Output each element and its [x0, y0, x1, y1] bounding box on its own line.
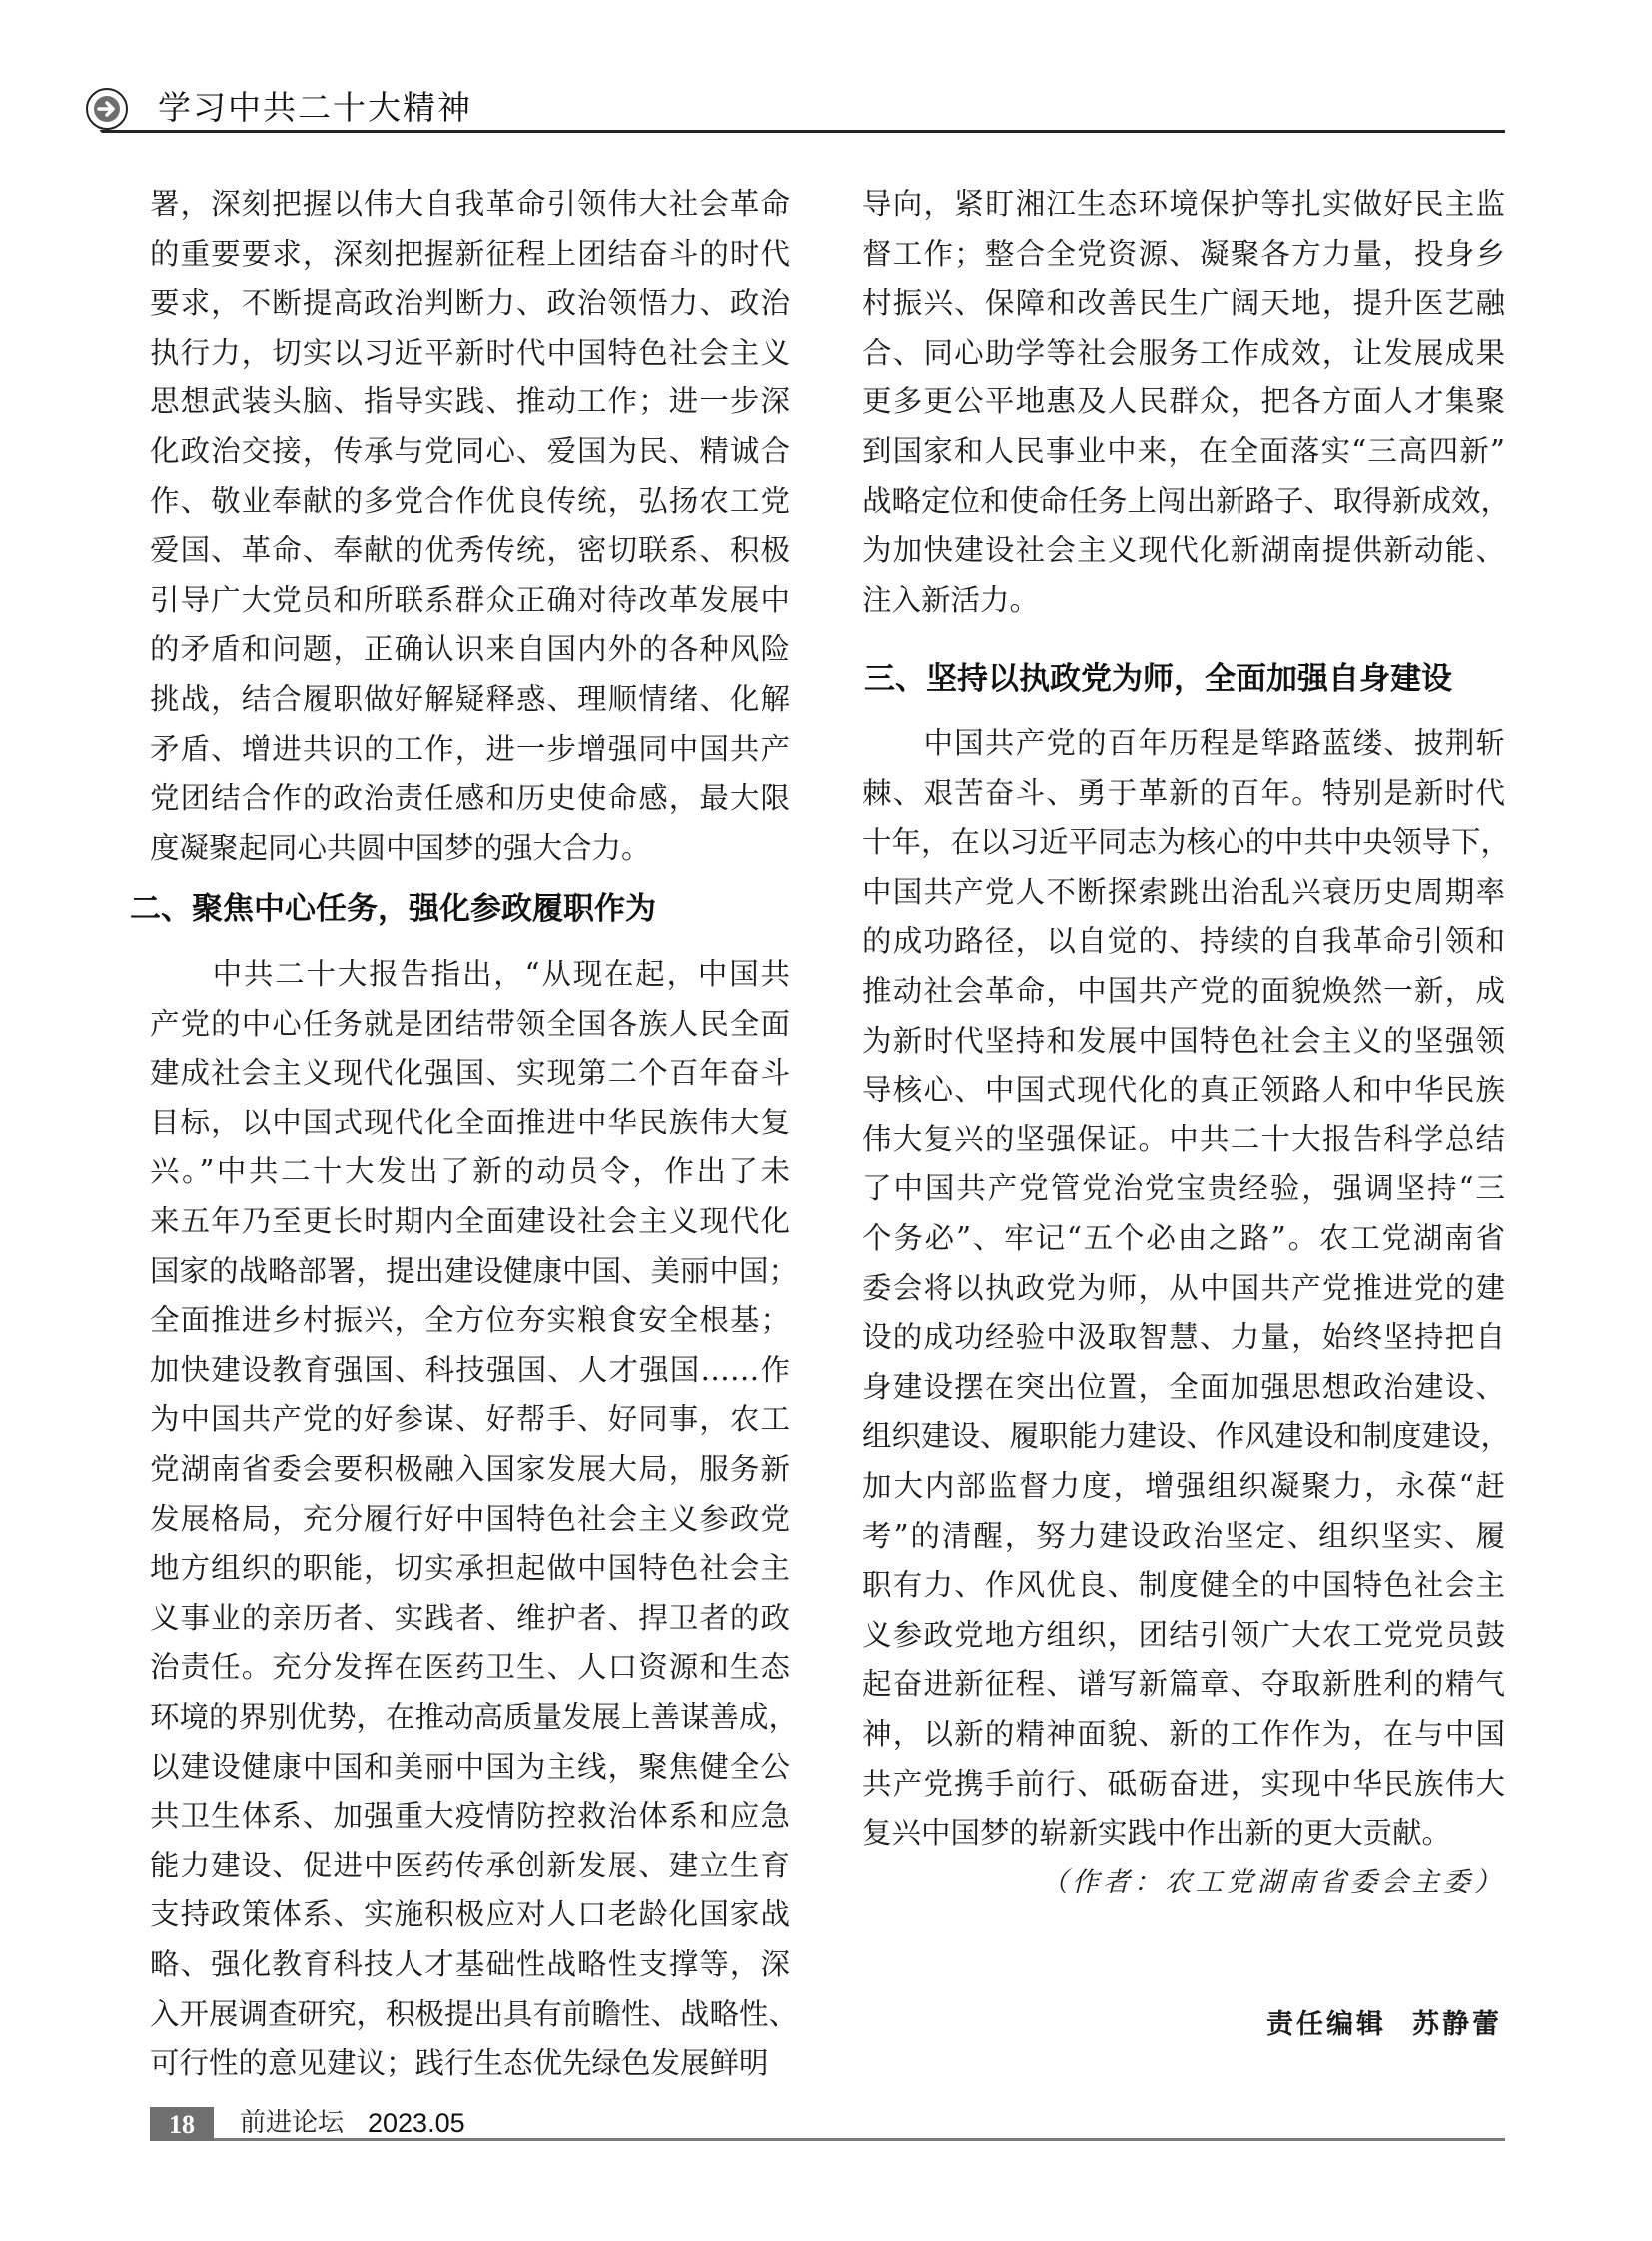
- text-line: 战略定位和使命任务上闯出新路子、取得新成效，: [862, 481, 1505, 521]
- text-line: 组织建设、履职能力建设、作风建设和制度建设，: [862, 1416, 1505, 1456]
- text-line: 棘、艰苦奋斗、勇于革新的百年。特别是新时代: [862, 773, 1505, 813]
- text-line: 能力建设、促进中医药传承创新发展、建立生育: [150, 1846, 790, 1885]
- text-line: 义事业的亲历者、实践者、维护者、捍卫者的政: [150, 1598, 790, 1638]
- page-number-badge: 18: [150, 2107, 214, 2141]
- text-line: 义参政党地方组织，团结引领广大农工党党员鼓: [862, 1615, 1505, 1655]
- text-line: 起奋进新征程、谱写新篇章、夺取新胜利的精气: [862, 1664, 1505, 1704]
- text-line: 中国共产党的百年历程是筚路蓝缕、披荆斩: [862, 723, 1505, 763]
- text-line: 思想武装头脑、指导实践、推动工作；进一步深: [150, 381, 790, 421]
- text-line: 略、强化教育科技人才基础性战略性支撑等，深: [150, 1944, 790, 1984]
- text-line: 十年，在以习近平同志为核心的中共中央领导下，: [862, 822, 1505, 862]
- text-line: 注入新活力。: [862, 580, 1505, 620]
- text-line: 督工作；整合全党资源、凝聚各方力量，投身乡: [862, 234, 1505, 274]
- text-line: 伟大复兴的坚强保证。中共二十大报告科学总结: [862, 1120, 1505, 1159]
- text-line: 地方组织的职能，切实承担起做中国特色社会主: [150, 1548, 790, 1588]
- text-line: 为新时代坚持和发展中国特色社会主义的坚强领: [862, 1021, 1505, 1061]
- text-line: 党团结合作的政治责任感和历史使命感，最大限: [150, 778, 790, 818]
- text-line: 更多更公平地惠及人民群众，把各方面人才集聚: [862, 381, 1505, 421]
- text-line: 产党的中心任务就是团结带领全国各族人民全面: [150, 1004, 790, 1044]
- section-heading-2: 二、聚焦中心任务，强化参政履职作为: [130, 887, 656, 931]
- magazine-name: 前进论坛: [240, 2103, 344, 2143]
- text-line: 引导广大党员和所联系群众正确对待改革发展中: [150, 580, 790, 620]
- text-line: 考”的清醒，努力建设政治坚定、组织坚实、履: [862, 1516, 1505, 1556]
- text-line: 导向，紧盯湘江生态环境保护等扎实做好民主监: [862, 184, 1505, 224]
- footer-rule: [214, 2138, 1505, 2141]
- text-line: 全面推进乡村振兴，全方位夯实粮食安全根基；: [150, 1300, 790, 1340]
- text-line: 入开展调查研究，积极提出具有前瞻性、战略性、: [150, 1994, 790, 2034]
- text-line: 神，以新的精神面貌、新的工作作为，在与中国: [862, 1714, 1505, 1754]
- text-line: 爱国、革命、奉献的优秀传统，密切联系、积极: [150, 530, 790, 570]
- text-line: 复兴中国梦的崭新实践中作出新的更大贡献。: [862, 1813, 1505, 1853]
- text-line: 村振兴、保障和改善民生广阔天地，提升医艺融: [862, 283, 1505, 323]
- text-line: 化政治交接，传承与党同心、爱国为民、精诚合: [150, 431, 790, 471]
- text-line: 职有力、作风优良、制度健全的中国特色社会主: [862, 1565, 1505, 1605]
- author-note: （作者：农工党湖南省委会主委）: [1041, 1864, 1505, 1903]
- arrow-right-circle-icon: [86, 88, 128, 130]
- text-line: 挑战，结合履职做好解疑释惑、理顺情绪、化解: [150, 679, 790, 719]
- editor-label: 责任编辑: [1266, 2009, 1386, 2040]
- text-line: 到国家和人民事业中来，在全面落实“三高四新”: [862, 431, 1505, 471]
- text-line: 以建设健康中国和美丽中国为主线，聚焦健全公: [150, 1747, 790, 1787]
- left-column: 署，深刻把握以伟大自我革命引领伟大社会革命的重要要求，深刻把握新征程上团结奋斗的…: [150, 0, 790, 2241]
- editor-name: 苏静蕾: [1412, 2009, 1502, 2040]
- section-heading-3: 三、坚持以执政党为师，全面加强自身建设: [864, 657, 1452, 701]
- text-line: 可行性的意见建议；践行生态优先绿色发展鲜明: [150, 2043, 790, 2083]
- text-line: 为中国共产党的好参谋、好帮手、好同事，农工: [150, 1399, 790, 1439]
- text-line: 个务必”、牢记“五个必由之路”。农工党湖南省: [862, 1218, 1505, 1258]
- text-line: 度凝聚起同心共圆中国梦的强大合力。: [150, 828, 790, 868]
- text-line: 兴。”中共二十大发出了新的动员令，作出了未: [150, 1151, 790, 1191]
- text-line: 执行力，切实以习近平新时代中国特色社会主义: [150, 333, 790, 373]
- text-line: 来五年乃至更长时期内全面建设社会主义现代化: [150, 1201, 790, 1241]
- text-line: 为加快建设社会主义现代化新湖南提供新动能、: [862, 530, 1505, 570]
- text-line: 建成社会主义现代化强国、实现第二个百年奋斗: [150, 1053, 790, 1093]
- text-line: 发展格局，充分履行好中国特色社会主义参政党: [150, 1499, 790, 1539]
- text-line: 目标，以中国式现代化全面推进中华民族伟大复: [150, 1103, 790, 1142]
- text-line: 党湖南省委会要积极融入国家发展大局，服务新: [150, 1449, 790, 1489]
- text-line: 环境的界别优势，在推动高质量发展上善谋善成，: [150, 1697, 790, 1737]
- text-line: 矛盾、增进共识的工作，进一步增强同中国共产: [150, 729, 790, 769]
- text-line: 国家的战略部署，提出建设健康中国、美丽中国；: [150, 1251, 790, 1291]
- text-line: 合、同心助学等社会服务工作成效，让发展成果: [862, 333, 1505, 373]
- issue-date: 2023.05: [368, 2103, 465, 2143]
- text-line: 的重要要求，深刻把握新征程上团结奋斗的时代: [150, 234, 790, 274]
- text-line: 共卫生体系、加强重大疫情防控救治体系和应急: [150, 1796, 790, 1836]
- text-line: 的矛盾和问题，正确认识来自国内外的各种风险: [150, 629, 790, 669]
- text-line: 支持政策体系、实施积极应对人口老龄化国家战: [150, 1894, 790, 1934]
- text-line: 身建设摆在突出位置，全面加强思想政治建设、: [862, 1367, 1505, 1407]
- text-line: 加快建设教育强国、科技强国、人才强国……作: [150, 1350, 790, 1390]
- text-line: 推动社会革命，中国共产党的面貌焕然一新，成: [862, 971, 1505, 1011]
- text-line: 治责任。充分发挥在医药卫生、人口资源和生态: [150, 1647, 790, 1687]
- right-column: 导向，紧盯湘江生态环境保护等扎实做好民主监督工作；整合全党资源、凝聚各方力量，投…: [862, 0, 1505, 2241]
- text-line: 作、敬业奉献的多党合作优良传统，弘扬农工党: [150, 481, 790, 521]
- responsible-editor: 责任编辑苏静蕾: [1266, 2005, 1502, 2045]
- text-line: 委会将以执政党为师，从中国共产党推进党的建: [862, 1268, 1505, 1308]
- text-line: 要求，不断提高政治判断力、政治领悟力、政治: [150, 283, 790, 323]
- text-line: 中共二十大报告指出，“从现在起，中国共: [150, 954, 790, 994]
- text-line: 共产党携手前行、砥砺奋进，实现中华民族伟大: [862, 1764, 1505, 1804]
- text-line: 署，深刻把握以伟大自我革命引领伟大社会革命: [150, 184, 790, 224]
- text-line: 导核心、中国式现代化的真正领路人和中华民族: [862, 1070, 1505, 1110]
- text-line: 加大内部监督力度，增强组织凝聚力，永葆“赶: [862, 1466, 1505, 1506]
- text-line: 中国共产党人不断探索跳出治乱兴衰历史周期率: [862, 872, 1505, 912]
- text-line: 了中国共产党管党治党宝贵经验，强调坚持“三: [862, 1168, 1505, 1208]
- text-line: 的成功路径，以自觉的、持续的自我革命引领和: [862, 921, 1505, 961]
- text-line: 设的成功经验中汲取智慧、力量，始终坚持把自: [862, 1317, 1505, 1357]
